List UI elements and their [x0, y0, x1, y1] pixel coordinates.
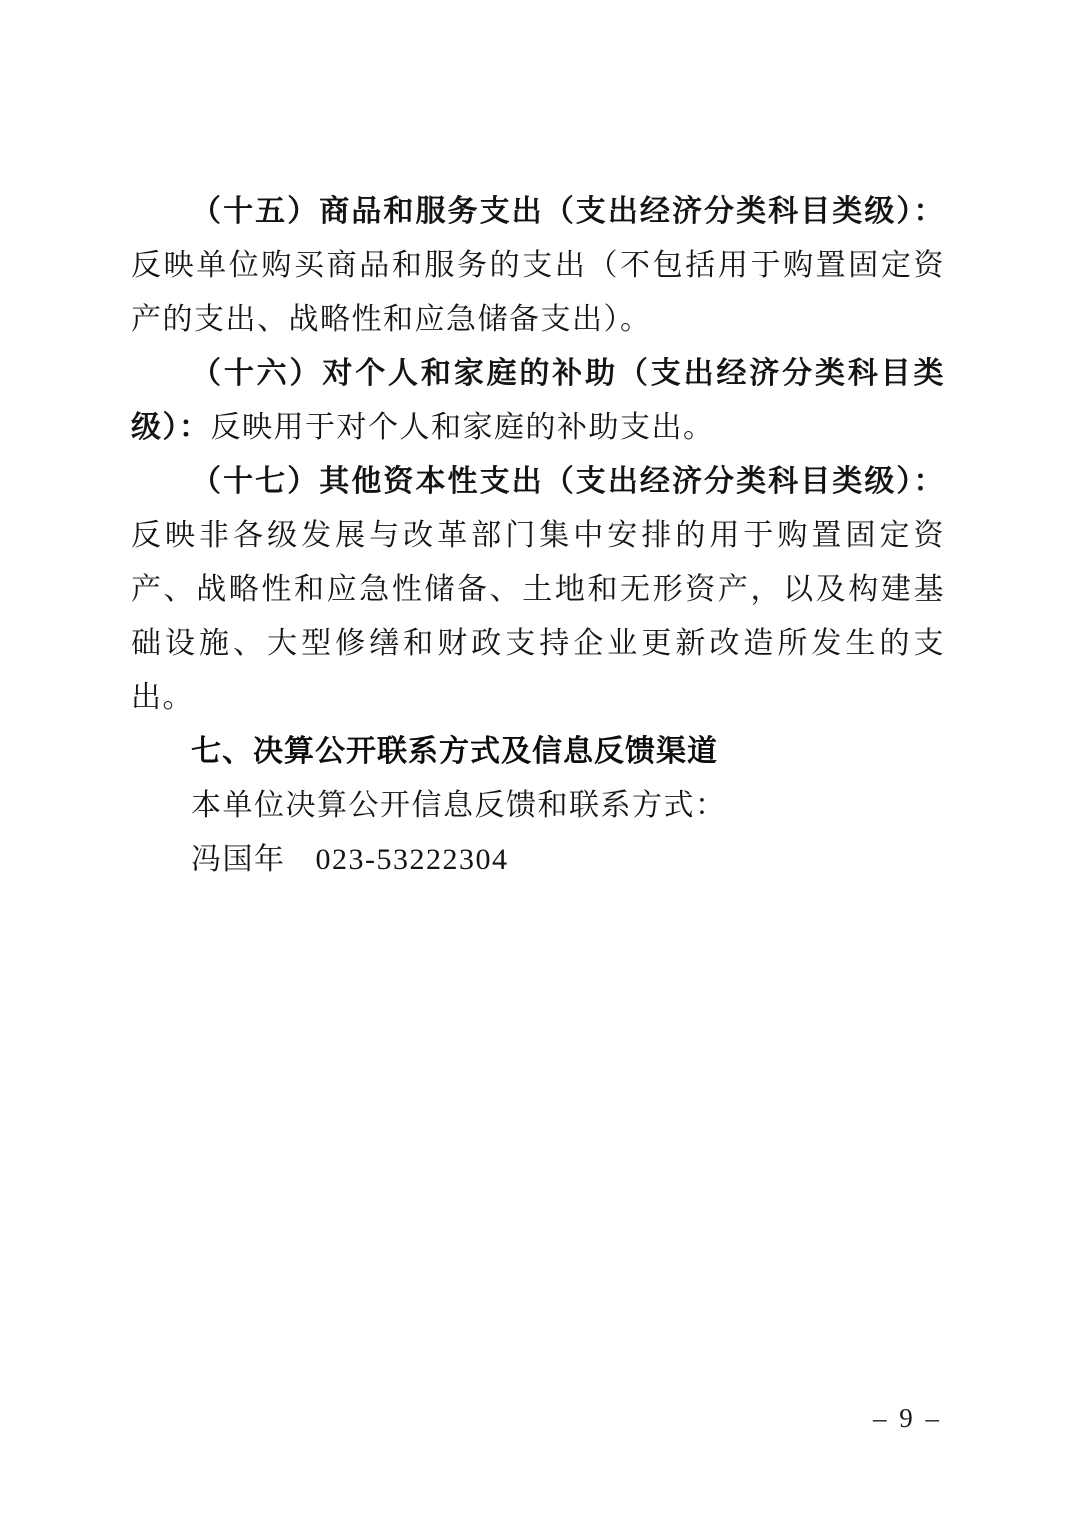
paragraph-item-17: （十七）其他资本性支出（支出经济分类科目类级）：反映非各级发展与改革部门集中安排… — [131, 455, 945, 725]
contact-intro: 本单位决算公开信息反馈和联系方式： — [131, 779, 945, 833]
contact-name: 冯国年 — [191, 843, 286, 876]
paragraph-text: 反映单位购买商品和服务的支出（不包括用于购置固定资产的支出、战略性和应急储备支出… — [131, 249, 945, 336]
document-body: （十五）商品和服务支出（支出经济分类科目类级）：反映单位购买商品和服务的支出（不… — [131, 185, 945, 887]
contact-phone: 023-53222304 — [316, 843, 509, 876]
paragraph-item-15: （十五）商品和服务支出（支出经济分类科目类级）：反映单位购买商品和服务的支出（不… — [131, 185, 945, 347]
page-number: – 9 – — [873, 1402, 942, 1434]
document-page: （十五）商品和服务支出（支出经济分类科目类级）：反映单位购买商品和服务的支出（不… — [0, 0, 1075, 1520]
paragraph-lead: （十七）其他资本性支出（支出经济分类科目类级）： — [191, 465, 945, 498]
paragraph-item-16: （十六）对个人和家庭的补助（支出经济分类科目类级）：反映用于对个人和家庭的补助支… — [131, 347, 945, 455]
paragraph-lead: （十五）商品和服务支出（支出经济分类科目类级）： — [191, 195, 945, 228]
contact-line: 冯国年023-53222304 — [131, 833, 945, 887]
section-heading: 七、决算公开联系方式及信息反馈渠道 — [131, 725, 945, 779]
paragraph-text: 反映用于对个人和家庭的补助支出。 — [211, 411, 715, 444]
paragraph-text: 反映非各级发展与改革部门集中安排的用于购置固定资产、战略性和应急性储备、土地和无… — [131, 519, 945, 714]
